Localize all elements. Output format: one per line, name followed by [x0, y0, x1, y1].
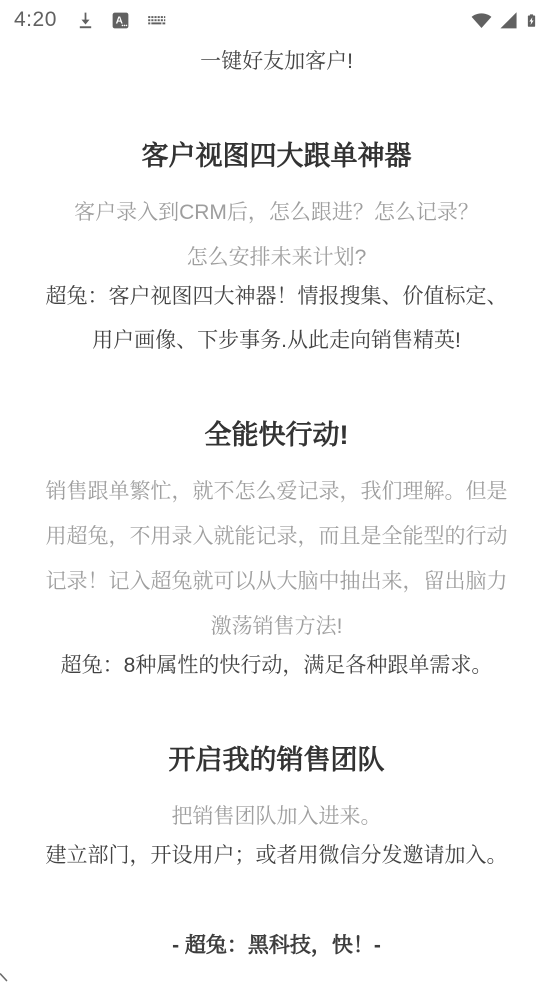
section-sales-team: 开启我的销售团队 把销售团队加入进来。 建立部门，开设用户；或者用微信分发邀请加… [0, 740, 553, 878]
section-heading: 全能快行动! [0, 415, 553, 455]
subtext-line: 把销售团队加入进来。 [0, 794, 553, 839]
section-highlight: 建立部门，开设用户；或者用微信分发邀请加入。 [0, 834, 553, 878]
status-time: 4:20 [14, 8, 57, 32]
app-screen: 4:20 A [0, 0, 553, 984]
section-subtext: 销售跟单繁忙，就不怎么爱记录，我们理解。但是 用超兔，不用录入就能记录，而且是全… [0, 469, 553, 649]
status-left-icons: A [75, 10, 168, 31]
section-subtext: 客户录入到CRM后，怎么跟进？怎么记录？ 怎么安排未来计划? [0, 190, 553, 280]
subtext-line: 用超兔，不用录入就能记录，而且是全能型的行动 [0, 514, 553, 559]
cellular-signal-icon [498, 10, 519, 31]
subtext-line: 怎么安排未来计划? [0, 235, 553, 280]
intro-tagline: 一键好友加客户! [0, 40, 553, 84]
section-heading: 客户视图四大跟单神器 [0, 136, 553, 176]
status-right-icons [470, 9, 539, 32]
highlight-line: 用户画像、下步事务.从此走向销售精英! [0, 319, 553, 363]
scrollable-content[interactable]: 一键好友加客户! 客户视图四大跟单神器 客户录入到CRM后，怎么跟进？怎么记录？… [0, 40, 553, 968]
section-highlight: 超兔：8种属性的快行动，满足各种跟单需求。 [0, 644, 553, 688]
subtext-line: 记录！记入超兔就可以从大脑中抽出来，留出脑力 [0, 559, 553, 604]
footer-tagline: - 超兔：黑科技，快！- [0, 924, 553, 968]
section-highlight: 超兔：客户视图四大神器！情报搜集、价值标定、 用户画像、下步事务.从此走向销售精… [0, 275, 553, 363]
keyboard-icon [145, 10, 168, 31]
highlight-line: 超兔：8种属性的快行动，满足各种跟单需求。 [0, 644, 553, 688]
highlight-line: 超兔：客户视图四大神器！情报搜集、价值标定、 [0, 275, 553, 319]
section-quick-action: 全能快行动! 销售跟单繁忙，就不怎么爱记录，我们理解。但是 用超兔，不用录入就能… [0, 415, 553, 688]
highlight-line: 建立部门，开设用户；或者用微信分发邀请加入。 [0, 834, 553, 878]
battery-charging-icon [524, 9, 539, 32]
section-customer-view: 客户视图四大跟单神器 客户录入到CRM后，怎么跟进？怎么记录？ 怎么安排未来计划… [0, 136, 553, 363]
section-subtext: 把销售团队加入进来。 [0, 794, 553, 839]
wifi-icon [470, 10, 493, 31]
status-bar: 4:20 A [0, 0, 553, 38]
download-icon [75, 10, 96, 31]
subtext-line: 客户录入到CRM后，怎么跟进？怎么记录？ [0, 190, 553, 235]
cursor-artifact [0, 970, 12, 984]
section-heading: 开启我的销售团队 [0, 740, 553, 780]
subtext-line: 销售跟单繁忙，就不怎么爱记录，我们理解。但是 [0, 469, 553, 514]
subtext-line: 激荡销售方法! [0, 604, 553, 649]
input-method-a-icon: A [110, 10, 131, 31]
